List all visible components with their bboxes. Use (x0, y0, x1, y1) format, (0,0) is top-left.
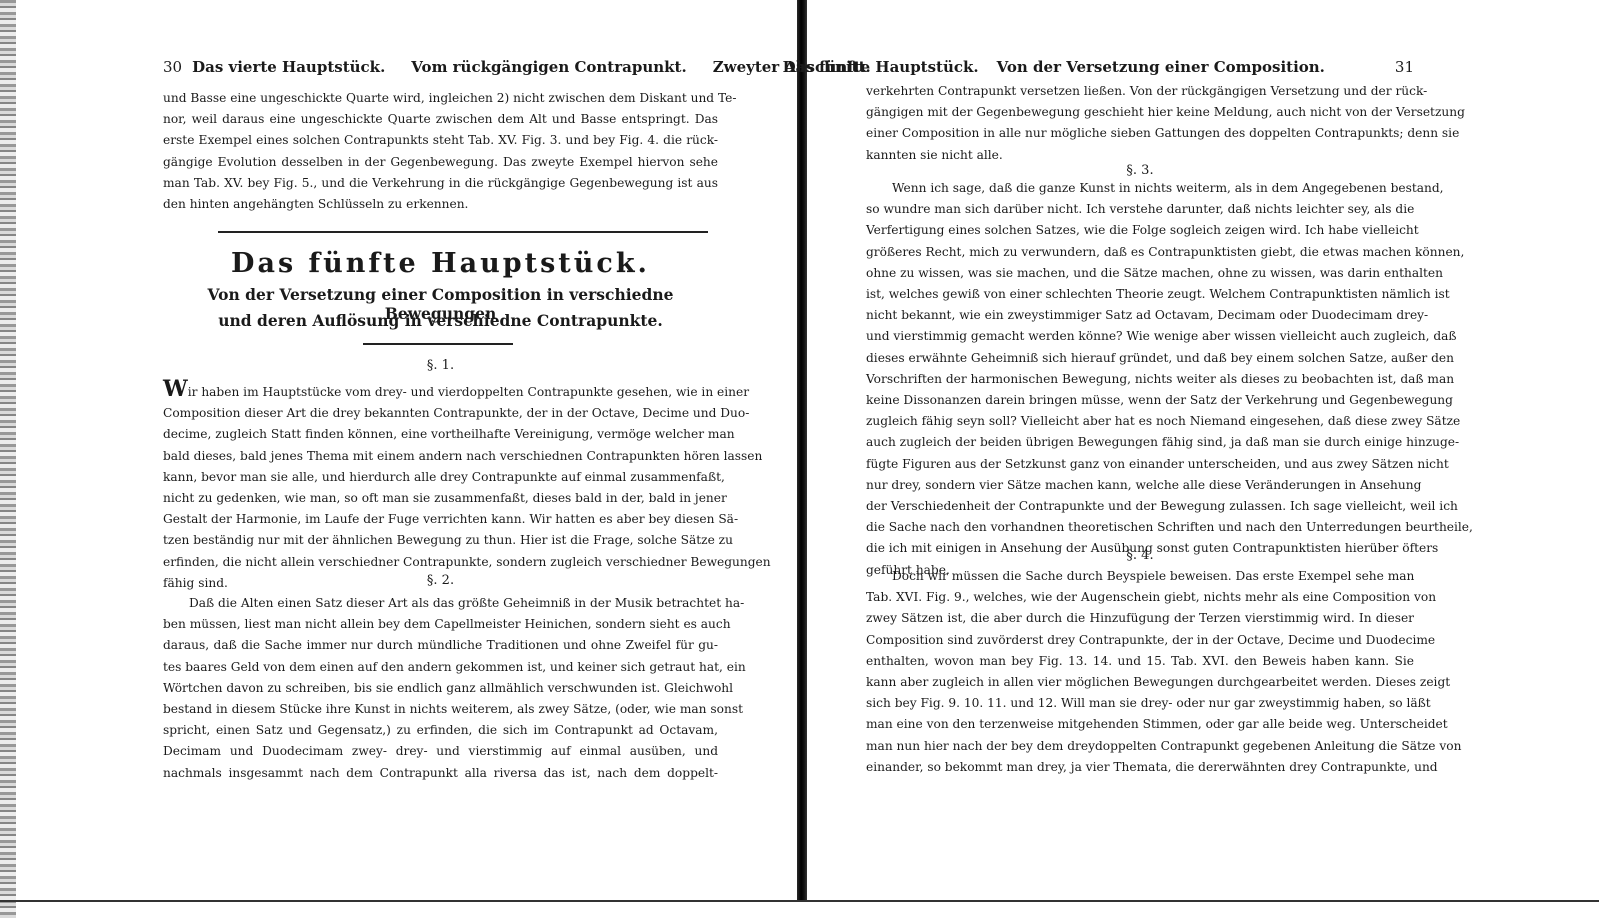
text-line: erste Exempel eines solchen Contrapunkts… (163, 130, 718, 151)
text-line: tzen beständig nur mit der ähnlichen Bew… (163, 530, 718, 551)
text-line: Vorschriften der harmonischen Bewegung, … (866, 369, 1414, 390)
text-line: auch zugleich der beiden übrigen Bewegun… (866, 432, 1414, 453)
title-underline-rule (363, 343, 513, 345)
text-line: nicht zu gedenken, wie man, so oft man s… (163, 488, 718, 509)
running-head-chapter: Das vierte Hauptstück. (192, 58, 385, 76)
text-line: fügte Figuren aus der Setzkunst ganz von… (866, 454, 1414, 475)
section-mark-1: §. 1. (163, 358, 718, 373)
chapter-subtitle-line: und deren Auflösung in verschiedne Contr… (163, 311, 718, 330)
text-line: den hinten angehängten Schlüsseln zu erk… (163, 194, 718, 215)
text-line: daraus, daß die Sache immer nur durch mü… (163, 635, 718, 656)
text-line: einer Composition in alle nur mögliche s… (866, 123, 1414, 144)
text-line: gängigen mit der Gegenbewegung geschieht… (866, 102, 1414, 123)
text-line: größeres Recht, mich zu verwundern, daß … (866, 242, 1414, 263)
text-line: und vierstimmig gemacht werden könne? Wi… (866, 326, 1414, 347)
text-line: bestand in diesem Stücke ihre Kunst in n… (163, 699, 718, 720)
text-line: Wir haben im Hauptstücke vom drey- und v… (163, 378, 718, 403)
running-head-chapter: Das fünfte Hauptstück. (783, 58, 979, 76)
running-head-section: Von der Versetzung einer Composition. (997, 58, 1325, 76)
running-head-section: Vom rückgängigen Contrapunkt. (411, 58, 686, 76)
text-line: ist, welches gewiß von einer schlechten … (866, 284, 1414, 305)
text-line: nicht bekannt, wie ein zweystimmiger Sat… (866, 305, 1414, 326)
text-line: nur drey, sondern vier Sätze machen kann… (866, 475, 1414, 496)
section-4-text: Doch wir müssen die Sache durch Beyspiel… (866, 566, 1414, 778)
text-line: so wundre man sich darüber nicht. Ich ve… (866, 199, 1414, 220)
text-line: Wenn ich sage, daß die ganze Kunst in ni… (866, 178, 1414, 199)
text-line: nor, weil daraus eine ungeschickte Quart… (163, 109, 718, 130)
text-line: Decimam und Duodecimam zwey- drey- und v… (163, 741, 718, 762)
text-line: Daß die Alten einen Satz dieser Art als … (163, 593, 718, 614)
text-line: Doch wir müssen die Sache durch Beyspiel… (866, 566, 1414, 587)
text-line: spricht, einen Satz und Gegensatz,) zu e… (163, 720, 718, 741)
text-line: bald dieses, bald jenes Thema mit einem … (163, 446, 718, 467)
text-line: Gestalt der Harmonie, im Laufe der Fuge … (163, 509, 718, 530)
running-head-left: 30 Das vierte Hauptstück. Vom rückgängig… (163, 58, 718, 76)
scan-edge-left (0, 0, 16, 918)
text-line: kann aber zugleich in allen vier möglich… (866, 672, 1414, 693)
text-line: sich bey Fig. 9. 10. 11. und 12. Will ma… (866, 693, 1414, 714)
text-line: ben müssen, liest man nicht allein bey d… (163, 614, 718, 635)
text-line: keine Dissonanzen darein bringen müsse, … (866, 390, 1414, 411)
text-line: einander, so bekommt man drey, ja vier T… (866, 757, 1414, 778)
section-2-text: Daß die Alten einen Satz dieser Art als … (163, 593, 718, 784)
page-number: 30 (163, 58, 182, 76)
text-line: zwey Sätzen ist, die aber durch die Hinz… (866, 608, 1414, 629)
drop-cap: W (163, 376, 188, 402)
chapter-title: Das fünfte Hauptstück. (163, 248, 718, 279)
text-line: gängige Evolution desselben in der Gegen… (163, 152, 718, 173)
text-line: ohne zu wissen, was sie machen, und die … (866, 263, 1414, 284)
text-line: kann, bevor man sie alle, und hierdurch … (163, 467, 718, 488)
text-line: dieses erwähnte Geheimniß sich hierauf g… (866, 348, 1414, 369)
right-page: Das fünfte Hauptstück. Von der Versetzun… (866, 0, 1414, 900)
section-mark-4: §. 4. (866, 548, 1414, 563)
text-line: Verfertigung eines solchen Satzes, wie d… (866, 220, 1414, 241)
continuation-text: und Basse eine ungeschickte Quarte wird,… (163, 88, 718, 215)
text-line: Composition dieser Art die drey bekannte… (163, 403, 718, 424)
text-line: nachmals insgesammt nach dem Contrapunkt… (163, 763, 718, 784)
text-line: die Sache nach den vorhandnen theoretisc… (866, 517, 1414, 538)
section-1-text: Wir haben im Hauptstücke vom drey- und v… (163, 378, 718, 594)
text-line: Tab. XVI. Fig. 9., welches, wie der Auge… (866, 587, 1414, 608)
text-line: der Verschiedenheit der Contrapunkte und… (866, 496, 1414, 517)
section-mark-2: §. 2. (163, 573, 718, 588)
running-head-right: Das fünfte Hauptstück. Von der Versetzun… (866, 58, 1414, 76)
page-bottom-edge (0, 900, 1599, 902)
text-line: verkehrten Contrapunkt versetzen ließen.… (866, 81, 1414, 102)
left-page: 30 Das vierte Hauptstück. Vom rückgängig… (163, 0, 718, 900)
text-line: man Tab. XV. bey Fig. 5., und die Verkeh… (163, 173, 718, 194)
text-line: man eine von den terzenweise mitgehenden… (866, 714, 1414, 735)
page-number: 31 (1395, 58, 1414, 76)
book-gutter (797, 0, 807, 902)
section-3-text: Wenn ich sage, daß die ganze Kunst in ni… (866, 178, 1414, 581)
text-line: enthalten, wovon man bey Fig. 13. 14. un… (866, 651, 1414, 672)
text-line: zugleich fähig seyn soll? Vielleicht abe… (866, 411, 1414, 432)
section-divider-rule (218, 231, 708, 233)
text-line: erfinden, die nicht allein verschiedner … (163, 552, 718, 573)
text-line: tes baares Geld von dem einen auf den an… (163, 657, 718, 678)
text-line: und Basse eine ungeschickte Quarte wird,… (163, 88, 718, 109)
text-line: man nun hier nach der bey dem dreydoppel… (866, 736, 1414, 757)
continuation-text: verkehrten Contrapunkt versetzen ließen.… (866, 81, 1414, 166)
text-line: decime, zugleich Statt finden können, ei… (163, 424, 718, 445)
text-line: Composition sind zuvörderst drey Contrap… (866, 630, 1414, 651)
section-mark-3: §. 3. (866, 163, 1414, 178)
text-line: Wörtchen davon zu schreiben, bis sie end… (163, 678, 718, 699)
